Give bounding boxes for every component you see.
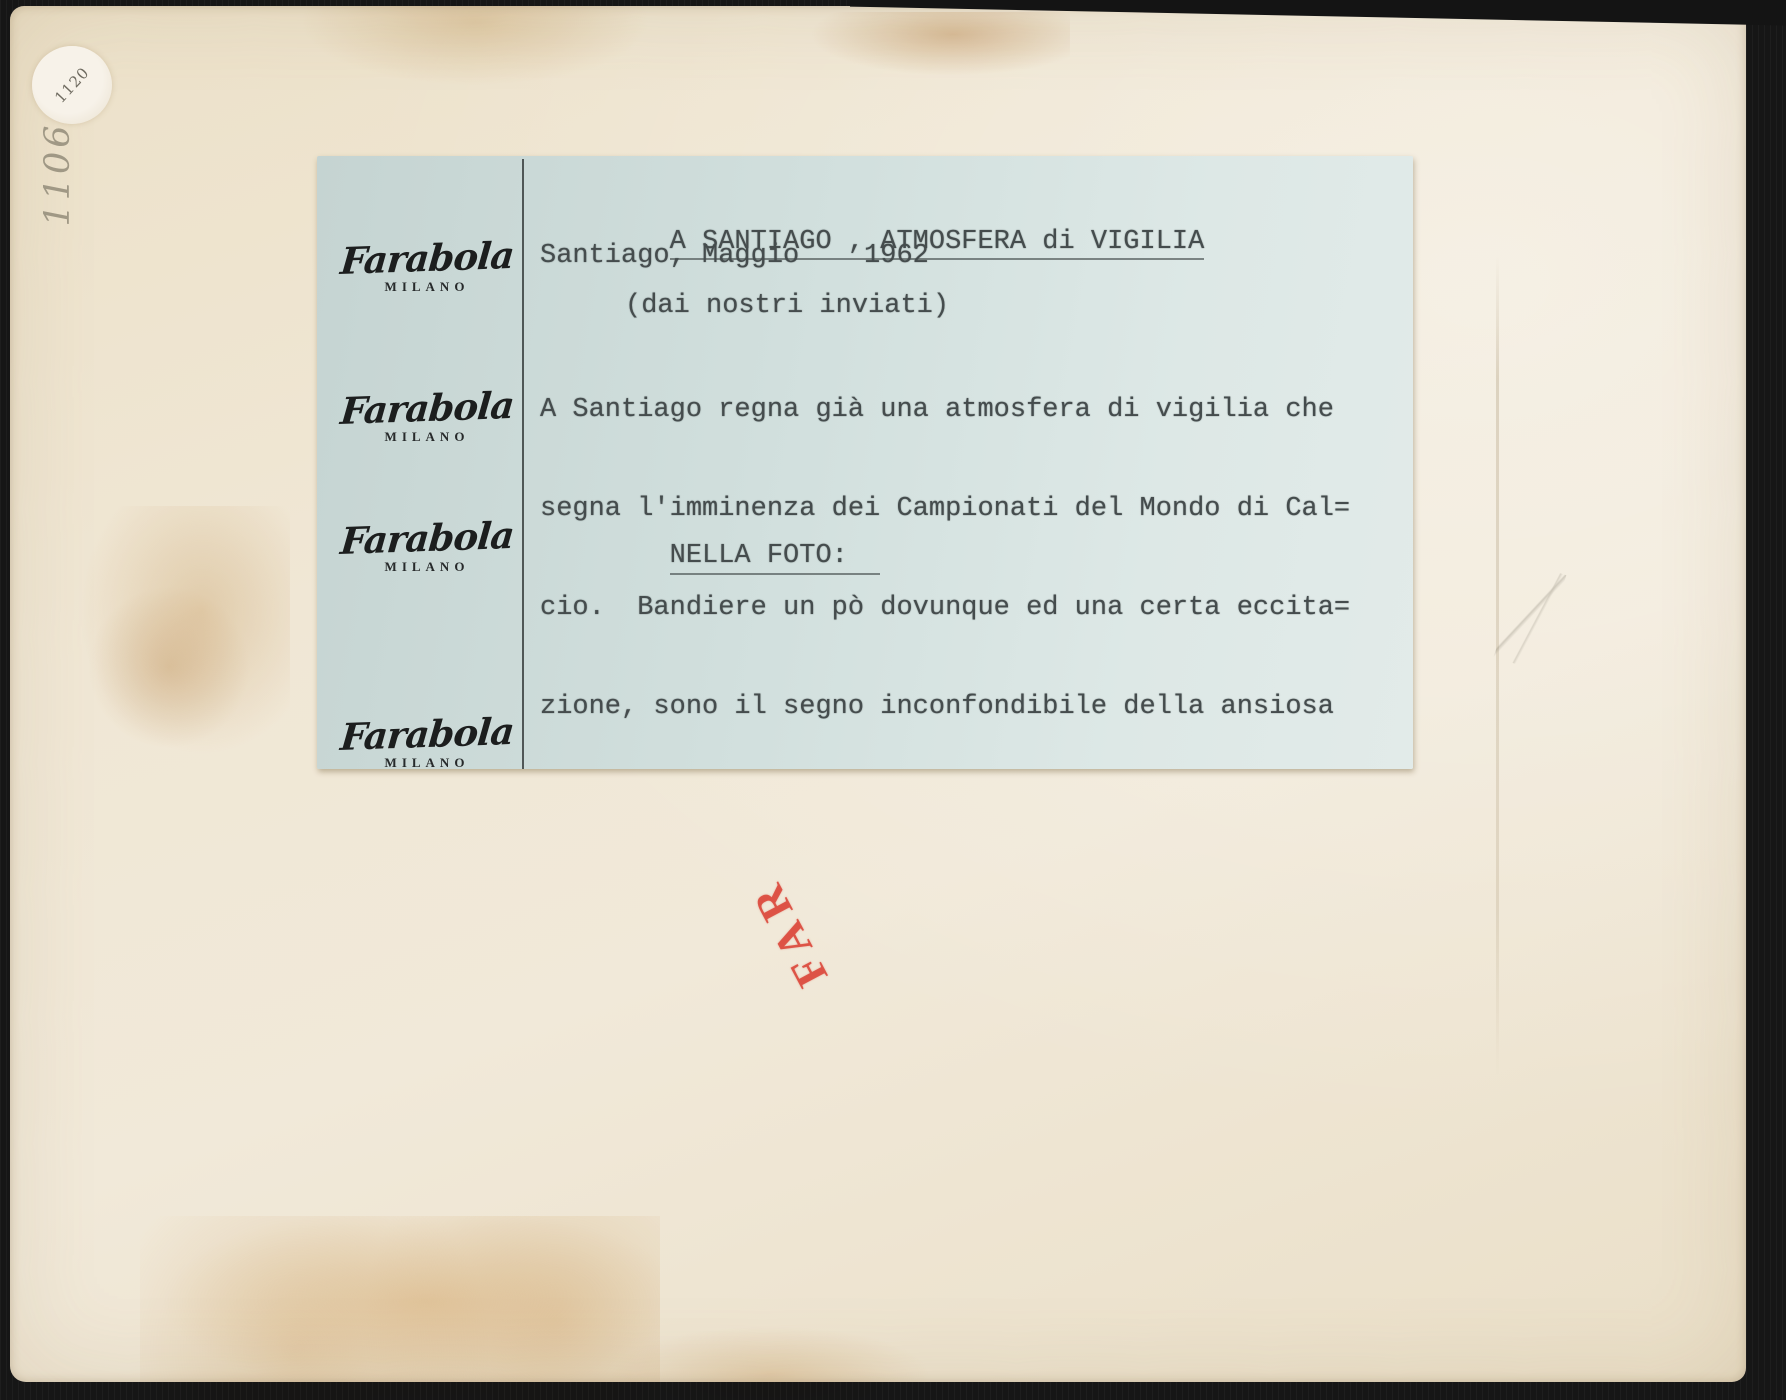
paper-crease <box>1496 256 1499 1076</box>
caption-byline: (dai nostri inviati) <box>540 290 1410 323</box>
handwritten-number: 1106 <box>8 124 108 224</box>
caption-card: Farabola MILANO Farabola MILANO Farabola… <box>317 156 1413 769</box>
stamp-text: FAR <box>738 869 838 996</box>
stain-top-middle <box>810 12 1070 76</box>
handwritten-number-text: 1106 <box>38 121 78 226</box>
farabola-logo: Farabola MILANO <box>332 388 522 445</box>
stain-bottom-center <box>610 1326 930 1400</box>
sticker-number: 1120 <box>51 63 93 106</box>
photo-caption-label-text: NELLA FOTO: <box>670 541 880 575</box>
red-agency-stamp: FAR <box>726 850 850 1015</box>
stain-bottom-left <box>140 1216 660 1400</box>
archive-sticker: 1120 <box>32 46 112 124</box>
stain-top-left <box>300 6 650 86</box>
stain-left-edge <box>70 506 290 766</box>
farabola-logo: Farabola MILANO <box>332 714 522 769</box>
farabola-logo: Farabola MILANO <box>332 518 522 575</box>
scan-background: 1120 1106 FAR Farabola MILANO Farabola M… <box>0 0 1786 1400</box>
caption-body-line: zione, sono il segno inconfondibile dell… <box>540 691 1410 724</box>
farabola-logo-script: Farabola <box>339 385 515 431</box>
caption-body-line: A Santiago regna già una atmosfera di vi… <box>540 394 1410 427</box>
farabola-logo-script: Farabola <box>339 235 515 281</box>
faint-pencil-marks <box>1494 562 1567 671</box>
caption-dateline: Santiago, Maggio 1962 <box>540 240 1410 273</box>
farabola-logo: Farabola MILANO <box>332 238 522 295</box>
photo-paper-verso: 1120 1106 FAR Farabola MILANO Farabola M… <box>10 6 1746 1382</box>
farabola-logo-script: Farabola <box>339 515 515 561</box>
farabola-logo-script: Farabola <box>339 711 515 757</box>
photo-caption-label: NELLA FOTO: <box>540 507 1410 606</box>
card-divider-line <box>522 159 524 769</box>
